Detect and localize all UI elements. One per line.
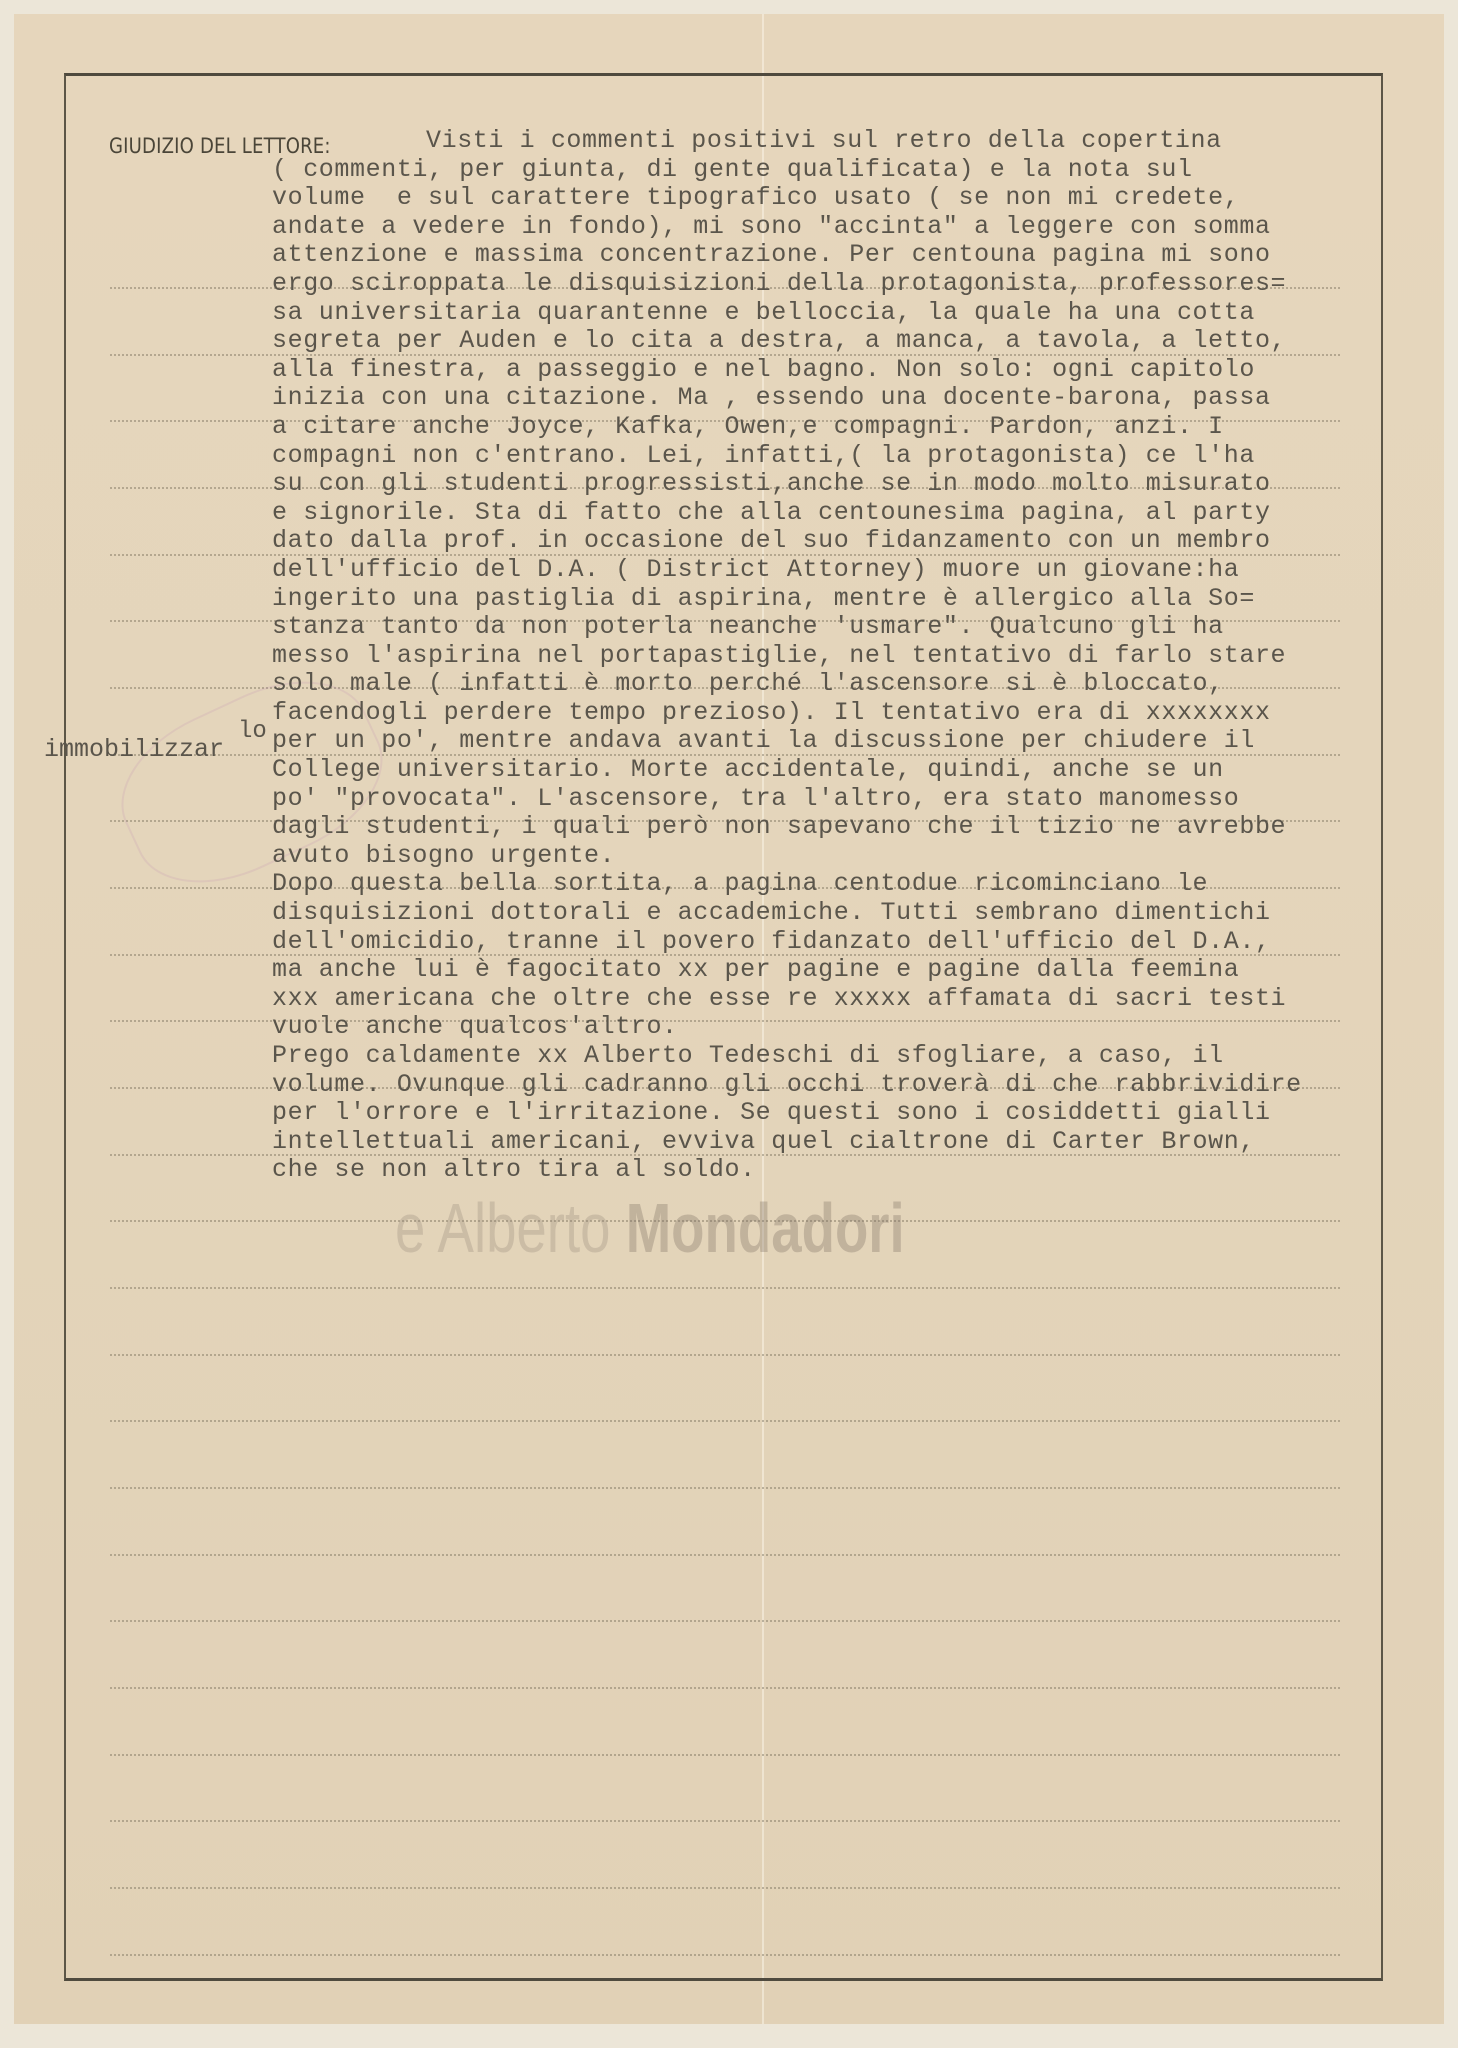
typed-line: vuole anche qualcos'altro. bbox=[272, 1013, 1302, 1042]
typed-line: inizia con una citazione. Ma , essendo u… bbox=[272, 384, 1302, 413]
typed-line: Visti i commenti positivi sul retro dell… bbox=[426, 127, 1302, 156]
typed-line: attenzione e massima concentrazione. Per… bbox=[272, 241, 1302, 270]
typed-line: dagli studenti, i quali però non sapevan… bbox=[272, 813, 1302, 842]
watermark-bold-text: Mondadori bbox=[626, 1189, 905, 1267]
watermark: e Alberto Mondadori bbox=[395, 1188, 905, 1268]
ruled-line bbox=[110, 1420, 1340, 1422]
ruled-line bbox=[110, 1820, 1340, 1822]
typed-line: ma anche lui è fagocitato xx per pagine … bbox=[272, 956, 1302, 985]
typed-review-text: Visti i commenti positivi sul retro dell… bbox=[116, 127, 1302, 1185]
typed-line: messo l'aspirina nel portapastiglie, nel… bbox=[272, 642, 1302, 671]
typed-line: per l'orrore e l'irritazione. Se questi … bbox=[272, 1099, 1302, 1128]
typed-line: segreta per Auden e lo cita a destra, a … bbox=[272, 327, 1302, 356]
typed-line: xxx americana che oltre che esse re xxxx… bbox=[272, 985, 1302, 1014]
typed-line: ( commenti, per giunta, di gente qualifi… bbox=[272, 156, 1302, 185]
ruled-line bbox=[110, 1287, 1340, 1289]
typed-line: sa universitaria quarantenne e belloccia… bbox=[272, 299, 1302, 328]
typed-line: compagni non c'entrano. Lei, infatti,( l… bbox=[272, 442, 1302, 471]
typed-line: intellettuali americani, evviva quel cia… bbox=[272, 1128, 1302, 1157]
typed-line: disquisizioni dottorali e accademiche. T… bbox=[272, 899, 1302, 928]
ruled-line bbox=[110, 1554, 1340, 1556]
typed-line: volume. Ovunque gli cadranno gli occhi t… bbox=[272, 1071, 1302, 1100]
ruled-line bbox=[110, 1687, 1340, 1689]
typed-line: College universitario. Morte accidentale… bbox=[272, 756, 1302, 785]
watermark-light-text: e Alberto bbox=[395, 1189, 626, 1267]
typed-line: dato dalla prof. in occasione del suo fi… bbox=[272, 527, 1302, 556]
typed-line: che se non altro tira al soldo. bbox=[272, 1156, 1302, 1185]
typed-line: e signorile. Sta di fatto che alla cento… bbox=[272, 499, 1302, 528]
typed-line: alla finestra, a passeggio e nel bagno. … bbox=[272, 356, 1302, 385]
ruled-line bbox=[110, 1887, 1340, 1889]
margin-superscript: lo bbox=[238, 718, 267, 745]
typed-line: dell'omicidio, tranne il povero fidanzat… bbox=[272, 928, 1302, 957]
typed-line: po' "provocata". L'ascensore, tra l'altr… bbox=[272, 785, 1302, 814]
typed-line: facendogli perdere tempo prezioso). Il t… bbox=[272, 699, 1302, 728]
typed-line: per un po', mentre andava avanti la disc… bbox=[272, 727, 1302, 756]
typed-line: Prego caldamente xx Alberto Tedeschi di … bbox=[272, 1042, 1302, 1071]
ruled-line bbox=[110, 1487, 1340, 1489]
margin-correction: immobilizzar bbox=[44, 735, 224, 764]
ruled-line bbox=[110, 1354, 1340, 1356]
typed-line: a citare anche Joyce, Kafka, Owen,e comp… bbox=[272, 413, 1302, 442]
typed-line: ingerito una pastiglia di aspirina, ment… bbox=[272, 585, 1302, 614]
ruled-line bbox=[110, 1954, 1340, 1956]
typed-line: su con gli studenti progressisti,anche s… bbox=[272, 470, 1302, 499]
typed-line: solo male ( infatti è morto perché l'asc… bbox=[272, 670, 1302, 699]
typed-line: ergo sciroppata le disquisizioni della p… bbox=[272, 270, 1302, 299]
typed-line: dell'ufficio del D.A. ( District Attorne… bbox=[272, 556, 1302, 585]
ruled-line bbox=[110, 1754, 1340, 1756]
typed-line: volume e sul carattere tipografico usato… bbox=[272, 184, 1302, 213]
typed-line: avuto bisogno urgente. bbox=[272, 842, 1302, 871]
typed-line: stanza tanto da non poterla neanche 'usm… bbox=[272, 613, 1302, 642]
typed-line: Dopo questa bella sortita, a pagina cent… bbox=[272, 870, 1302, 899]
ruled-line bbox=[110, 1620, 1340, 1622]
typed-line: andate a vedere in fondo), mi sono "acci… bbox=[272, 213, 1302, 242]
